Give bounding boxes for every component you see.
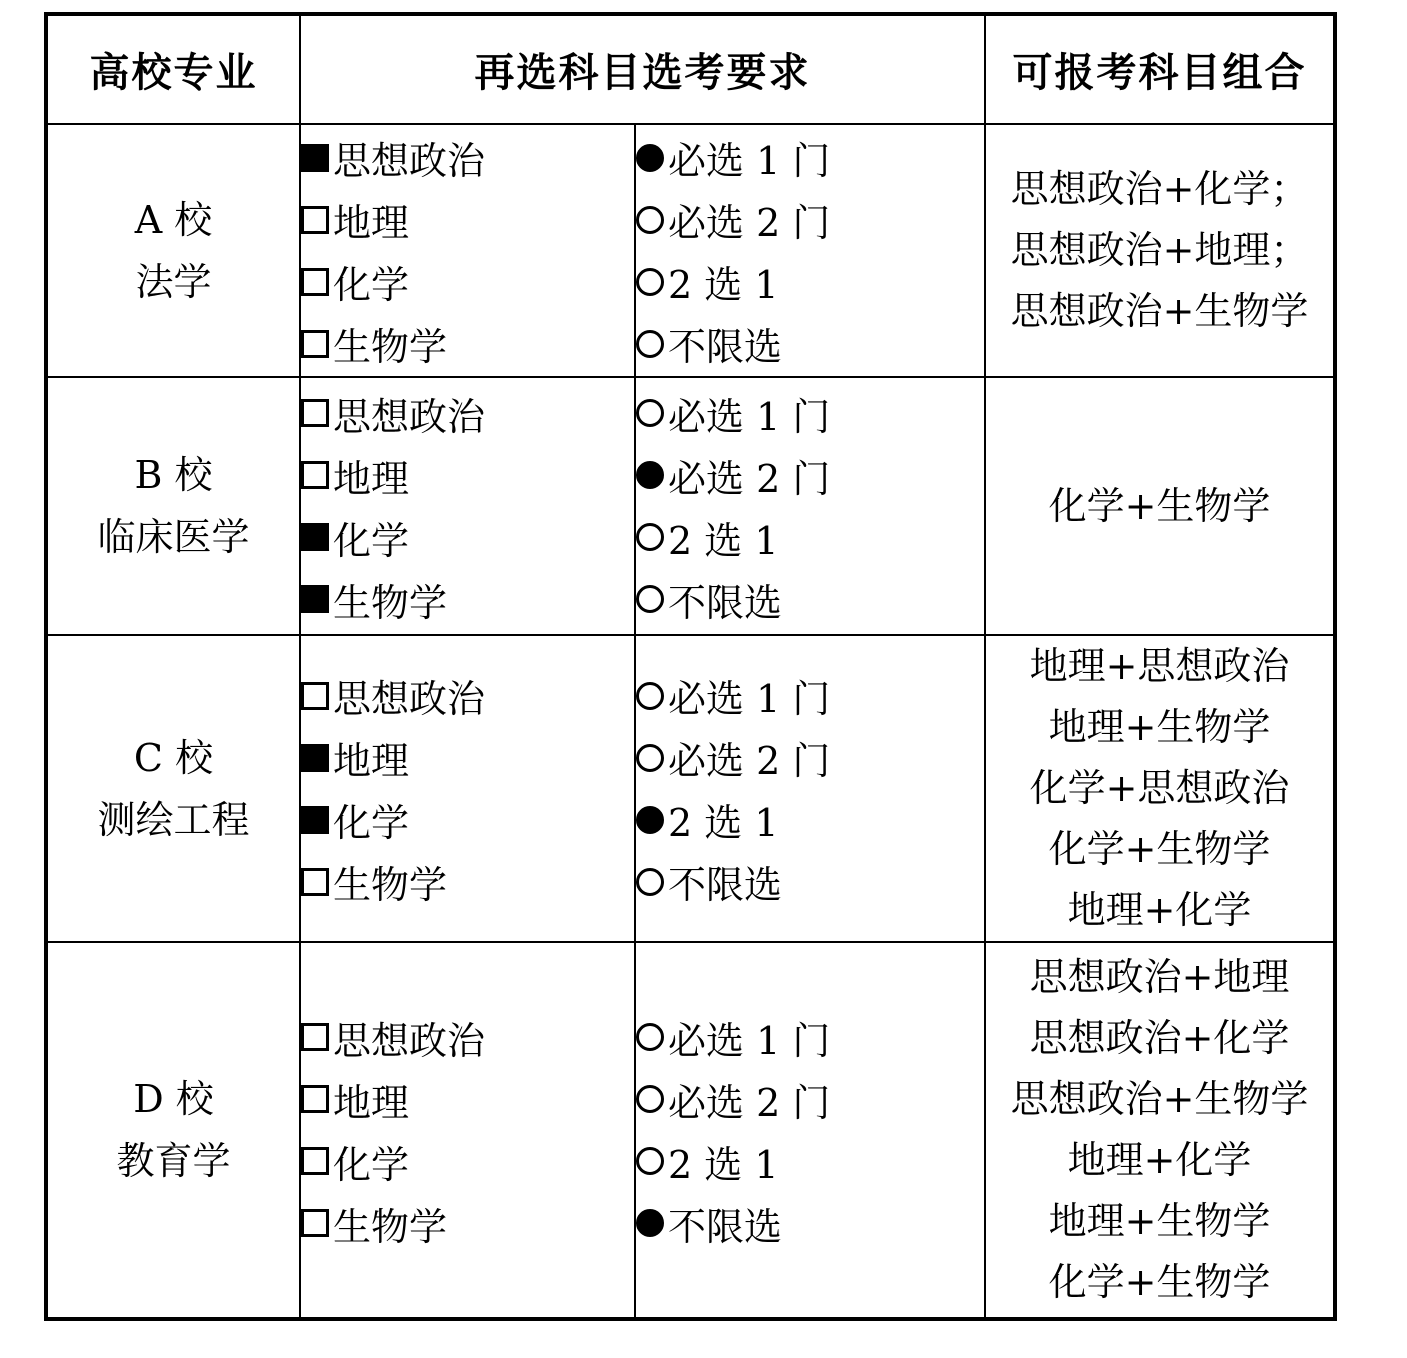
subjects-cell: 思想政治 地理 化学 生物学 — [300, 377, 635, 635]
subject-item: 思想政治 — [301, 1006, 634, 1068]
option-item: 2 选 1 — [636, 506, 984, 568]
option-item: 必选 2 门 — [636, 444, 984, 506]
subject-item: 化学 — [301, 789, 634, 851]
subject-item: 地理 — [301, 444, 634, 506]
subject-selection-table: 高校专业 再选科目选考要求 可报考科目组合 A 校 法学 思想政治 地理 — [44, 12, 1337, 1321]
combination: 化学+思想政治 — [986, 758, 1333, 819]
option-label: 2 选 1 — [668, 1134, 779, 1189]
subject-label: 生物学 — [333, 1196, 447, 1251]
radio-icon — [636, 523, 664, 551]
subject-label: 化学 — [333, 1134, 409, 1189]
subject-label: 思想政治 — [333, 130, 485, 185]
subjects-cell: 思想政治 地理 化学 生物学 — [300, 942, 635, 1319]
checkbox-icon — [301, 461, 329, 489]
combinations-cell: 地理+思想政治 地理+生物学 化学+思想政治 化学+生物学 地理+化学 — [985, 635, 1335, 942]
radio-icon — [636, 268, 664, 296]
combination: 思想政治+化学 — [986, 1008, 1333, 1069]
options-cell: 必选 1 门 必选 2 门 2 选 1 不限选 — [635, 635, 985, 942]
subject-label: 思想政治 — [333, 668, 485, 723]
checkbox-icon — [301, 399, 329, 427]
checkbox-icon — [301, 868, 329, 896]
subject-item: 地理 — [301, 189, 634, 251]
subject-label: 地理 — [333, 1072, 409, 1127]
radio-icon — [636, 744, 664, 772]
combination: 化学+生物学 — [986, 476, 1333, 537]
option-item: 必选 1 门 — [636, 665, 984, 727]
subject-label: 地理 — [333, 448, 409, 503]
header-combinations: 可报考科目组合 — [985, 14, 1335, 124]
checkbox-icon — [301, 1147, 329, 1175]
options-cell: 必选 1 门 必选 2 门 2 选 1 不限选 — [635, 942, 985, 1319]
combination: 思想政治+生物学 — [986, 1069, 1333, 1130]
option-label: 不限选 — [668, 854, 782, 909]
subject-item: 思想政治 — [301, 127, 634, 189]
subject-item: 思想政治 — [301, 665, 634, 727]
school-major-cell: C 校 测绘工程 — [46, 635, 300, 942]
options-cell: 必选 1 门 必选 2 门 2 选 1 不限选 — [635, 124, 985, 377]
option-label: 2 选 1 — [668, 792, 779, 847]
table-row-school-b: B 校 临床医学 思想政治 地理 化学 — [46, 377, 1335, 635]
header-row: 高校专业 再选科目选考要求 可报考科目组合 — [46, 14, 1335, 124]
school-name: B 校 — [48, 444, 299, 506]
radio-icon — [636, 461, 664, 489]
combination: 地理+化学 — [986, 880, 1333, 941]
subject-item: 化学 — [301, 1130, 634, 1192]
option-label: 不限选 — [668, 572, 782, 627]
combination: 地理+思想政治 — [986, 636, 1333, 697]
radio-icon — [636, 682, 664, 710]
subject-item: 思想政治 — [301, 382, 634, 444]
option-label: 必选 1 门 — [668, 386, 830, 441]
subject-item: 生物学 — [301, 313, 634, 375]
option-label: 必选 1 门 — [668, 668, 830, 723]
subject-label: 思想政治 — [333, 1010, 485, 1065]
checkbox-icon — [301, 1023, 329, 1051]
combination: 化学+生物学 — [986, 1252, 1333, 1313]
school-name: C 校 — [48, 727, 299, 789]
checkbox-icon — [301, 682, 329, 710]
checkbox-icon — [301, 806, 329, 834]
subject-selection-table-wrap: 高校专业 再选科目选考要求 可报考科目组合 A 校 法学 思想政治 地理 — [44, 12, 1337, 1321]
combinations-cell: 思想政治+地理 思想政治+化学 思想政治+生物学 地理+化学 地理+生物学 化学… — [985, 942, 1335, 1319]
school-major-cell: D 校 教育学 — [46, 942, 300, 1319]
subjects-cell: 思想政治 地理 化学 生物学 — [300, 635, 635, 942]
checkbox-icon — [301, 206, 329, 234]
option-item: 必选 2 门 — [636, 1068, 984, 1130]
option-label: 2 选 1 — [668, 510, 779, 565]
subject-item: 生物学 — [301, 568, 634, 630]
radio-icon — [636, 399, 664, 427]
options-cell: 必选 1 门 必选 2 门 2 选 1 不限选 — [635, 377, 985, 635]
radio-icon — [636, 330, 664, 358]
radio-icon — [636, 1085, 664, 1113]
option-item: 必选 1 门 — [636, 382, 984, 444]
option-label: 必选 1 门 — [668, 130, 830, 185]
option-item: 必选 1 门 — [636, 1006, 984, 1068]
table-row-school-c: C 校 测绘工程 思想政治 地理 化学 — [46, 635, 1335, 942]
radio-icon — [636, 806, 664, 834]
school-name: A 校 — [48, 189, 299, 251]
combination: 思想政治+化学； — [986, 159, 1333, 220]
radio-icon — [636, 1209, 664, 1237]
option-label: 必选 1 门 — [668, 1010, 830, 1065]
subject-label: 化学 — [333, 792, 409, 847]
combination: 思想政治+地理； — [986, 220, 1333, 281]
option-label: 不限选 — [668, 1196, 782, 1251]
combination: 地理+生物学 — [986, 1191, 1333, 1252]
header-school-major: 高校专业 — [46, 14, 300, 124]
subject-item: 化学 — [301, 251, 634, 313]
radio-icon — [636, 585, 664, 613]
subject-label: 生物学 — [333, 316, 447, 371]
checkbox-icon — [301, 523, 329, 551]
checkbox-icon — [301, 744, 329, 772]
option-label: 不限选 — [668, 316, 782, 371]
major-name: 法学 — [48, 251, 299, 313]
subject-item: 化学 — [301, 506, 634, 568]
subject-label: 生物学 — [333, 854, 447, 909]
option-item: 2 选 1 — [636, 1130, 984, 1192]
radio-icon — [636, 1147, 664, 1175]
radio-icon — [636, 144, 664, 172]
subject-label: 化学 — [333, 254, 409, 309]
combinations-cell: 思想政治+化学； 思想政治+地理； 思想政治+生物学 — [985, 124, 1335, 377]
school-major-cell: B 校 临床医学 — [46, 377, 300, 635]
subject-label: 化学 — [333, 510, 409, 565]
subject-label: 地理 — [333, 192, 409, 247]
combination: 地理+生物学 — [986, 697, 1333, 758]
option-label: 必选 2 门 — [668, 192, 830, 247]
checkbox-icon — [301, 330, 329, 358]
combination: 地理+化学 — [986, 1130, 1333, 1191]
checkbox-icon — [301, 1209, 329, 1237]
school-name: D 校 — [48, 1068, 299, 1130]
table-row-school-a: A 校 法学 思想政治 地理 化学 — [46, 124, 1335, 377]
header-requirements: 再选科目选考要求 — [300, 14, 985, 124]
option-item: 必选 1 门 — [636, 127, 984, 189]
school-major-cell: A 校 法学 — [46, 124, 300, 377]
option-label: 2 选 1 — [668, 254, 779, 309]
subjects-cell: 思想政治 地理 化学 生物学 — [300, 124, 635, 377]
document-page: 高校专业 再选科目选考要求 可报考科目组合 A 校 法学 思想政治 地理 — [0, 0, 1407, 1358]
option-item: 2 选 1 — [636, 251, 984, 313]
option-item: 必选 2 门 — [636, 189, 984, 251]
subject-item: 生物学 — [301, 851, 634, 913]
subject-label: 生物学 — [333, 572, 447, 627]
option-item: 不限选 — [636, 1192, 984, 1254]
option-item: 不限选 — [636, 568, 984, 630]
option-label: 必选 2 门 — [668, 1072, 830, 1127]
table-row-school-d: D 校 教育学 思想政治 地理 化学 — [46, 942, 1335, 1319]
subject-label: 思想政治 — [333, 386, 485, 441]
option-label: 必选 2 门 — [668, 730, 830, 785]
radio-icon — [636, 206, 664, 234]
checkbox-icon — [301, 585, 329, 613]
subject-item: 地理 — [301, 1068, 634, 1130]
checkbox-icon — [301, 144, 329, 172]
combination: 思想政治+地理 — [986, 947, 1333, 1008]
combination: 思想政治+生物学 — [986, 281, 1333, 342]
combination: 化学+生物学 — [986, 819, 1333, 880]
radio-icon — [636, 868, 664, 896]
subject-item: 生物学 — [301, 1192, 634, 1254]
major-name: 教育学 — [48, 1130, 299, 1192]
subject-label: 地理 — [333, 730, 409, 785]
major-name: 测绘工程 — [48, 789, 299, 851]
option-item: 2 选 1 — [636, 789, 984, 851]
option-item: 不限选 — [636, 313, 984, 375]
checkbox-icon — [301, 1085, 329, 1113]
major-name: 临床医学 — [48, 506, 299, 568]
option-item: 不限选 — [636, 851, 984, 913]
combinations-cell: 化学+生物学 — [985, 377, 1335, 635]
subject-item: 地理 — [301, 727, 634, 789]
radio-icon — [636, 1023, 664, 1051]
option-item: 必选 2 门 — [636, 727, 984, 789]
checkbox-icon — [301, 268, 329, 296]
option-label: 必选 2 门 — [668, 448, 830, 503]
